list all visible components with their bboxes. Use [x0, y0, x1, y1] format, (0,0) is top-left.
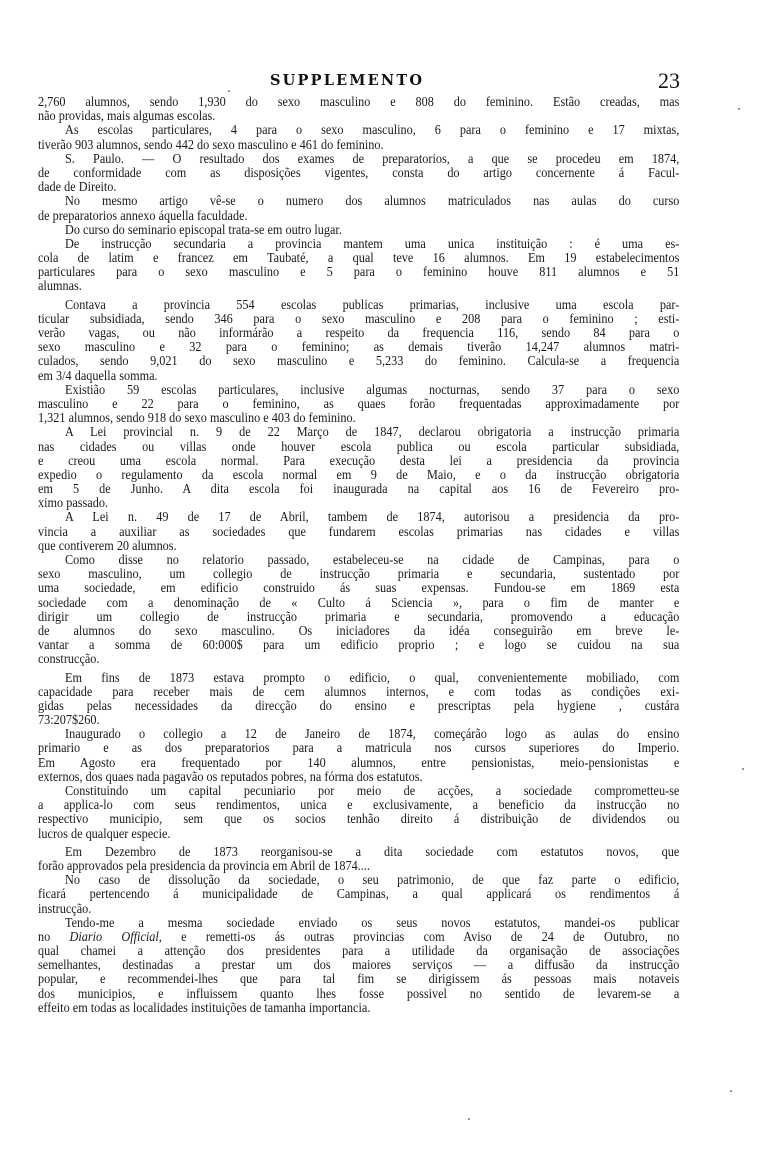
text-line: instrucção. — [38, 902, 679, 916]
paragraph: As escolas particulares, 4 para o sexo m… — [38, 123, 680, 151]
text-line: forão approvados pela presidencia da pro… — [38, 859, 679, 873]
text-line: de alumnos do sexo masculino. Os iniciad… — [38, 624, 679, 638]
page-number: 23 — [658, 68, 680, 94]
text-line: externos, dos quaes nada pagavão os repu… — [38, 770, 679, 784]
text-line: Do curso do seminario episcopal trata-se… — [38, 223, 679, 237]
text-line: ficará pertencendo á municipalidade de C… — [38, 887, 679, 901]
text-line: semelhantes, destinadas a prestar um dos… — [38, 958, 679, 972]
text-line: A Lei n. 49 de 17 de Abril, tambem de 18… — [38, 510, 679, 524]
text-line: effeito em todas as localidades institui… — [38, 1001, 679, 1015]
text-line: A Lei provincial n. 9 de 22 Março de 184… — [38, 425, 679, 439]
text-line: cola de latim e francez em Taubaté, a qu… — [38, 251, 679, 265]
text-line: dos municipios, e influissem quanto lhes… — [38, 987, 679, 1001]
text-line: não providas, mais algumas escolas. — [38, 109, 679, 123]
print-speck — [468, 1118, 470, 1120]
text-line: que contiverem 20 alumnos. — [38, 539, 679, 553]
text-line: No mesmo artigo vê-se o numero dos alumn… — [38, 194, 679, 208]
print-speck — [730, 1090, 732, 1092]
text-line: dirigir um collegio de instrucção primar… — [38, 610, 679, 624]
text-line: em 3/4 daquella somma. — [38, 369, 679, 383]
running-title: SUPPLEMENTO — [270, 72, 424, 89]
body-text: 2,760 alumnos, sendo 1,930 do sexo mascu… — [38, 95, 680, 1015]
text-line: Como disse no relatorio passado, estabel… — [38, 553, 679, 567]
text-line: Em Agosto era frequentado por 140 alumno… — [38, 756, 679, 770]
text-line: gidas pelas necessidades da direcção do … — [38, 699, 679, 713]
text-line: expedio o regulamento da escola normal e… — [38, 468, 679, 482]
paragraph: Do curso do seminario episcopal trata-se… — [38, 223, 680, 237]
text-line: 2,760 alumnos, sendo 1,930 do sexo mascu… — [38, 95, 679, 109]
text-line: uma sociedade, em edificio construido ás… — [38, 581, 679, 595]
paragraph: Constituindo um capital pecuniario por m… — [38, 784, 680, 841]
paragraph: S. Paulo. — O resultado dos exames de pr… — [38, 152, 680, 195]
paragraph: No caso de dissolução da sociedade, o se… — [38, 873, 680, 916]
print-speck — [742, 768, 744, 770]
text-line: Tendo-me a mesma sociedade enviado os se… — [38, 916, 679, 930]
paragraph: 2,760 alumnos, sendo 1,930 do sexo mascu… — [38, 95, 680, 123]
paragraph: Existião 59 escolas particulares, inclus… — [38, 383, 680, 426]
paragraph: Em fins de 1873 estava prompto o edifici… — [38, 671, 680, 728]
text-line: S. Paulo. — O resultado dos exames de pr… — [38, 152, 679, 166]
text-line: de preparatorios annexo áquella faculdad… — [38, 209, 679, 223]
text-line: vantar a somma de 60:000$ para um edific… — [38, 638, 679, 652]
italic-title: Diario Official — [70, 929, 159, 944]
text-line: sociedade com a denominação de « Culto á… — [38, 596, 679, 610]
text-line: de conformidade com as disposições vigen… — [38, 166, 679, 180]
paragraph: De instrucção secundaria a provincia man… — [38, 237, 680, 294]
text-line: 73:207$260. — [38, 713, 679, 727]
text-line: De instrucção secundaria a provincia man… — [38, 237, 679, 251]
text-line: sexo masculino, um collegio de instrucçã… — [38, 567, 679, 581]
text-line: Contava a provincia 554 escolas publicas… — [38, 298, 679, 312]
text-line: dade de Direito. — [38, 180, 679, 194]
text-line: a applica-lo com seus rendimentos, unica… — [38, 798, 679, 812]
paragraph: A Lei provincial n. 9 de 22 Março de 184… — [38, 425, 680, 510]
text-line: No caso de dissolução da sociedade, o se… — [38, 873, 679, 887]
paragraph: Em Dezembro de 1873 reorganisou-se a dit… — [38, 845, 680, 873]
text-line: tiverão 903 alumnos, sendo 442 do sexo m… — [38, 138, 679, 152]
paragraph: Tendo-me a mesma sociedade enviado os se… — [38, 916, 680, 1015]
text-line: ticular subsidiada, sendo 346 para o sex… — [38, 312, 679, 326]
text-line: culados, sendo 9,021 do sexo masculino e… — [38, 354, 679, 368]
text-line: ximo passado. — [38, 496, 679, 510]
print-speck — [228, 90, 230, 92]
text-line: qual chamei a attenção dos presidentes p… — [38, 944, 679, 958]
text-line: primario e as dos preparatorios para a m… — [38, 741, 679, 755]
paragraph: Contava a provincia 554 escolas publicas… — [38, 298, 680, 383]
paragraph: Inaugurado o collegio a 12 de Janeiro de… — [38, 727, 680, 784]
text-line: Existião 59 escolas particulares, inclus… — [38, 383, 679, 397]
text-line: sexo masculino e 32 para o feminino; as … — [38, 340, 679, 354]
text-line: construcção. — [38, 652, 679, 666]
print-speck — [738, 108, 740, 110]
text-line: respectivo municipio, sem que os socios … — [38, 812, 679, 826]
text-line: no Diario Official, e remetti-os ás outr… — [38, 930, 679, 944]
text-line: 1,321 alumnos, sendo 918 do sexo masculi… — [38, 411, 679, 425]
text-line: particulares para o sexo masculino e 5 p… — [38, 265, 679, 279]
text-line: As escolas particulares, 4 para o sexo m… — [38, 123, 679, 137]
text-line: Constituindo um capital pecuniario por m… — [38, 784, 679, 798]
text-line: em 5 de Junho. A dita escola foi inaugur… — [38, 482, 679, 496]
text-line: capacidade para receber mais de cem alum… — [38, 685, 679, 699]
text-line: Em Dezembro de 1873 reorganisou-se a dit… — [38, 845, 679, 859]
text-line: alumnas. — [38, 279, 679, 293]
text-line: lucros de qualquer especie. — [38, 827, 679, 841]
text-line: Inaugurado o collegio a 12 de Janeiro de… — [38, 727, 679, 741]
text-line: masculino e 22 para o feminino, as quaes… — [38, 397, 679, 411]
text-line: e creou uma escola normal. Para execução… — [38, 454, 679, 468]
paragraph: A Lei n. 49 de 17 de Abril, tambem de 18… — [38, 510, 680, 553]
paragraph: Como disse no relatorio passado, estabel… — [38, 553, 680, 667]
running-head: SUPPLEMENTO 23 — [38, 72, 680, 94]
text-line: Em fins de 1873 estava prompto o edifici… — [38, 671, 679, 685]
paragraph: No mesmo artigo vê-se o numero dos alumn… — [38, 194, 680, 222]
text-line: vincia a auxiliar as sociedades que fund… — [38, 525, 679, 539]
text-line: verão vagas, ou não informárão a respeit… — [38, 326, 679, 340]
book-page: SUPPLEMENTO 23 2,760 alumnos, sendo 1,93… — [0, 0, 757, 1169]
text-line: popular, e recommendei-lhes que para tal… — [38, 972, 679, 986]
text-line: nas cidades ou villas onde houver escola… — [38, 440, 679, 454]
